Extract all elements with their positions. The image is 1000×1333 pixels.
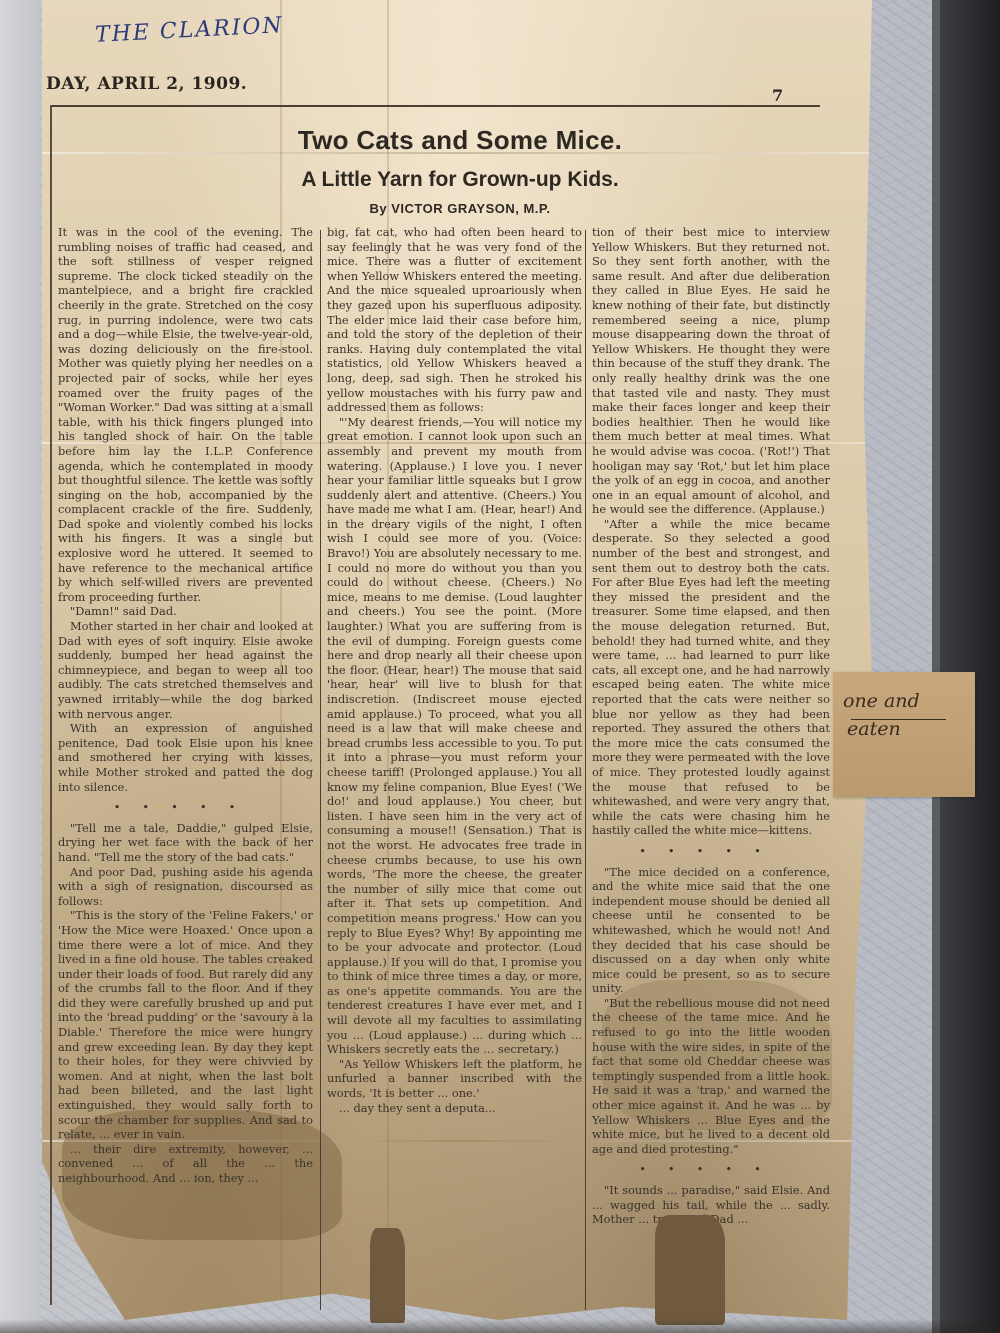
paragraph: And poor Dad, pushing aside his agenda w… — [58, 865, 313, 909]
torn-hole — [655, 1215, 725, 1325]
paragraph: "Damn!" said Dad. — [58, 604, 313, 619]
section-break: ••••• — [592, 844, 830, 859]
article-column-2: big, fat cat, who had often been heard t… — [327, 225, 582, 1315]
paragraph: "'My dearest friends,—You will notice my… — [327, 415, 582, 1057]
column-rule — [320, 230, 321, 1310]
backing-left-edge — [0, 0, 40, 1333]
article-title: Two Cats and Some Mice. — [0, 125, 920, 156]
article-subtitle: A Little Yarn for Grown-up Kids. — [0, 168, 920, 192]
section-break: ••••• — [592, 1162, 830, 1177]
paragraph: "But the rebellious mouse did not need t… — [592, 996, 830, 1157]
paragraph: "Tell me a tale, Daddie," gulped Elsie, … — [58, 821, 313, 865]
paragraph: ... their dire extremity, however, ... c… — [58, 1142, 313, 1186]
dateline: DAY, APRIL 2, 1909. — [46, 74, 247, 94]
top-rule — [50, 105, 820, 107]
handwritten-margin-note: one and eaten — [833, 672, 975, 797]
section-break: ••••• — [58, 800, 313, 815]
paragraph: big, fat cat, who had often been heard t… — [327, 225, 582, 415]
paragraph: tion of their best mice to interview Yel… — [592, 225, 830, 517]
paragraph: It was in the cool of the evening. The r… — [58, 225, 313, 604]
margin-note-line-2: eaten — [847, 718, 901, 740]
paragraph: ... day they sent a deputa... — [327, 1101, 582, 1116]
article-column-1: It was in the cool of the evening. The r… — [58, 225, 313, 1315]
paragraph: "As Yellow Whiskers left the platform, h… — [327, 1057, 582, 1101]
torn-hole — [370, 1228, 405, 1323]
paragraph: "The mice decided on a conference, and t… — [592, 865, 830, 996]
page-number: 7 — [772, 86, 783, 105]
article-column-3: tion of their best mice to interview Yel… — [592, 225, 830, 1315]
frame-edge — [940, 0, 1000, 1333]
article-byline: By VICTOR GRAYSON, M.P. — [0, 201, 920, 216]
left-rule — [50, 105, 52, 1305]
margin-note-line-1: one and — [843, 690, 920, 712]
paragraph: "After a while the mice became desperate… — [592, 517, 830, 838]
column-rule — [585, 230, 586, 1310]
paragraph: Mother started in her chair and looked a… — [58, 619, 313, 721]
paragraph: With an expression of anguished penitenc… — [58, 721, 313, 794]
bottom-shadow — [0, 1319, 1000, 1333]
paragraph: "This is the story of the 'Feline Fakers… — [58, 908, 313, 1142]
